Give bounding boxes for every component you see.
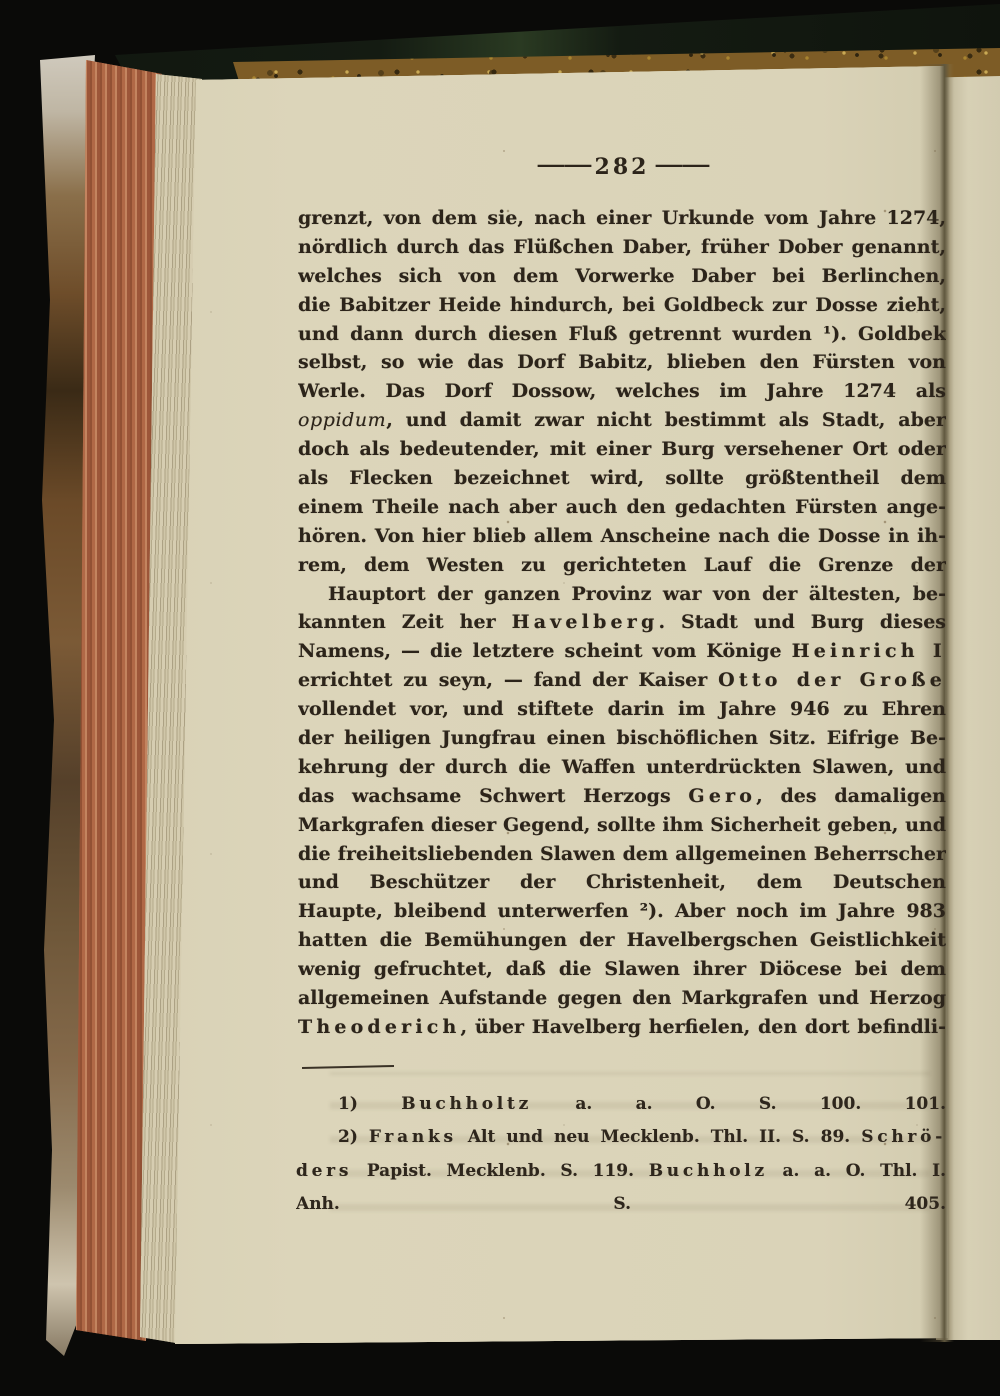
header-rule-left: ——	[536, 152, 590, 176]
page-header: ——282——	[298, 152, 946, 180]
text-segment: kannten Zeit her	[298, 611, 512, 633]
text-segment: . Stadt und Burg dieses	[658, 611, 946, 633]
text-line: Haupte, bleibend unterwerfen ²). Aber no…	[298, 897, 946, 926]
text-line: grenzt, von dem sie, nach einer Urkunde …	[298, 204, 946, 233]
text-segment: hatten die Bemühungen der Havelbergschen…	[298, 929, 946, 955]
text-line: die freiheitsliebenden Slawen dem allgem…	[298, 840, 946, 869]
header-rule-right: ——	[654, 152, 708, 176]
text-segment: als Flecken bezeichnet wird, sollte größ…	[298, 467, 946, 493]
text-line: Werle. Das Dorf Dossow, welches im Jahre…	[298, 377, 946, 406]
text-segment: Papist. Mecklenb. S. 119.	[352, 1161, 649, 1181]
text-line: hatten die Bemühungen der Havelbergschen…	[298, 926, 946, 955]
text-segment: , und damit zwar nicht bestimmt als Stad…	[386, 409, 946, 431]
text-segment: , des damaligen	[756, 785, 946, 807]
text-line: welches sich von dem Vorwerke Daber bei …	[298, 262, 946, 291]
letterspaced-name: Heinrich I	[792, 640, 946, 662]
text-segment: Alt und neu Mecklenb. Thl. II. S. 89.	[457, 1127, 861, 1147]
text-segment: wenig gefruchtet, daß die Slawen ihrer D…	[298, 958, 946, 980]
text-line: 1) Buchholtz a. a. O. S. 100. 101.	[296, 1088, 946, 1121]
text-line: kehrung der durch die Waffen unterdrückt…	[298, 753, 946, 782]
text-segment: Haupte, bleibend unterwerfen ²). Aber no…	[298, 900, 946, 922]
text-line: und dann durch diesen Fluß getrennt wurd…	[298, 320, 946, 349]
letterspaced-name: Buchholtz	[401, 1094, 532, 1114]
text-line: die Babitzer Heide hindurch, bei Goldbec…	[298, 291, 946, 320]
letterspaced-name: Otto der Große	[718, 669, 946, 691]
text-line: hören. Von hier blieb allem Anscheine na…	[298, 522, 946, 551]
text-line: einem Theile nach aber auch den gedachte…	[298, 493, 946, 522]
text-segment: a. a. O. S. 100. 101.	[532, 1094, 946, 1114]
text-segment: rem, dem Westen zu gerichteten Lauf die …	[298, 554, 946, 580]
text-line: doch als bedeutender, mit einer Burg ver…	[298, 435, 946, 464]
text-line: der heiligen Jungfrau einen bischöfliche…	[298, 724, 946, 753]
text-segment: selbst, so wie das Dorf Babitz, blieben …	[298, 351, 946, 373]
book-scan-page: ——282—— grenzt, von dem sie, nach einer …	[0, 0, 1000, 1396]
text-segment: grenzt, von dem sie, nach einer Urkunde …	[298, 207, 946, 229]
text-segment: errichtet zu seyn, — fand der Kaiser	[298, 669, 718, 691]
text-segment: und Beschützer der Christenheit, dem Deu…	[298, 871, 946, 897]
text-segment: hören. Von hier blieb allem Anscheine na…	[298, 525, 946, 547]
main-text-block: grenzt, von dem sie, nach einer Urkunde …	[298, 204, 946, 1042]
letterspaced-name: Franks	[369, 1127, 457, 1147]
letterspaced-name: Theoderich	[298, 1016, 461, 1038]
text-segment: vollendet vor, und stiftete darin im Jah…	[298, 698, 946, 720]
text-line: oppidum, und damit zwar nicht bestimmt a…	[298, 406, 946, 435]
letterspaced-name: ders	[296, 1161, 352, 1181]
text-segment: einem Theile nach aber auch den gedachte…	[298, 496, 946, 518]
text-line: Theoderich, über Havelberg herfielen, de…	[298, 1013, 946, 1042]
letterspaced-name: Gero	[688, 785, 756, 807]
text-line: 2) Franks Alt und neu Mecklenb. Thl. II.…	[296, 1121, 946, 1154]
text-segment: und dann durch diesen Fluß getrennt wurd…	[298, 323, 946, 345]
latin-italic-term: oppidum	[298, 409, 386, 431]
text-segment: welches sich von dem Vorwerke Daber bei …	[298, 265, 946, 287]
text-segment: die Babitzer Heide hindurch, bei Goldbec…	[298, 294, 946, 316]
text-segment: 2)	[338, 1127, 369, 1147]
text-segment: das wachsame Schwert Herzogs	[298, 785, 688, 807]
text-segment: Markgrafen dieser Gegend, sollte ihm Sic…	[298, 814, 946, 836]
text-segment: Anh. S. 405.	[296, 1194, 946, 1214]
letterspaced-name: Havelberg	[512, 611, 659, 633]
text-segment: kehrung der durch die Waffen unterdrückt…	[298, 756, 946, 778]
text-segment: , über Havelberg herfielen, den dort bef…	[461, 1016, 947, 1038]
text-line: allgemeinen Aufstande gegen den Markgraf…	[298, 984, 946, 1013]
text-line: kannten Zeit her Havelberg. Stadt und Bu…	[298, 608, 946, 637]
text-line: rem, dem Westen zu gerichteten Lauf die …	[298, 551, 946, 580]
letterspaced-name: Schrö-	[861, 1127, 946, 1147]
text-line: das wachsame Schwert Herzogs Gero, des d…	[298, 782, 946, 811]
text-segment: die freiheitsliebenden Slawen dem allgem…	[298, 843, 946, 865]
text-line: Hauptort der ganzen Provinz war von der …	[298, 580, 946, 609]
text-line: wenig gefruchtet, daß die Slawen ihrer D…	[298, 955, 946, 984]
text-segment: a. a. O. Thl. I.	[768, 1161, 946, 1181]
text-segment: allgemeinen Aufstande gegen den Markgraf…	[298, 987, 946, 1009]
text-line: Markgrafen dieser Gegend, sollte ihm Sic…	[298, 811, 946, 840]
text-line: selbst, so wie das Dorf Babitz, blieben …	[298, 348, 946, 377]
text-line: errichtet zu seyn, — fand der Kaiser Ott…	[298, 666, 946, 695]
text-line: Namens, — die letztere scheint vom König…	[298, 637, 946, 666]
text-segment: Namens, — die letztere scheint vom König…	[298, 640, 792, 662]
text-line: ders Papist. Mecklenb. S. 119. Buchholz …	[296, 1155, 946, 1188]
letterspaced-name: Buchholz	[649, 1161, 768, 1181]
footnotes-block: 1) Buchholtz a. a. O. S. 100. 101.2) Fra…	[296, 1088, 946, 1222]
page-number: 282	[595, 154, 650, 180]
text-segment: der heiligen Jungfrau einen bischöfliche…	[298, 727, 946, 749]
text-segment: 1)	[338, 1094, 401, 1114]
text-segment: doch als bedeutender, mit einer Burg ver…	[298, 438, 946, 460]
text-segment: Hauptort der ganzen Provinz war von der …	[328, 583, 946, 605]
text-line: vollendet vor, und stiftete darin im Jah…	[298, 695, 946, 724]
text-segment: nördlich durch das Flüßchen Daber, frühe…	[298, 236, 946, 258]
text-line: Anh. S. 405.	[296, 1188, 946, 1221]
text-line: und Beschützer der Christenheit, dem Deu…	[298, 868, 946, 897]
text-line: als Flecken bezeichnet wird, sollte größ…	[298, 464, 946, 493]
text-line: nördlich durch das Flüßchen Daber, frühe…	[298, 233, 946, 262]
text-segment: Werle. Das Dorf Dossow, welches im Jahre…	[298, 380, 946, 402]
